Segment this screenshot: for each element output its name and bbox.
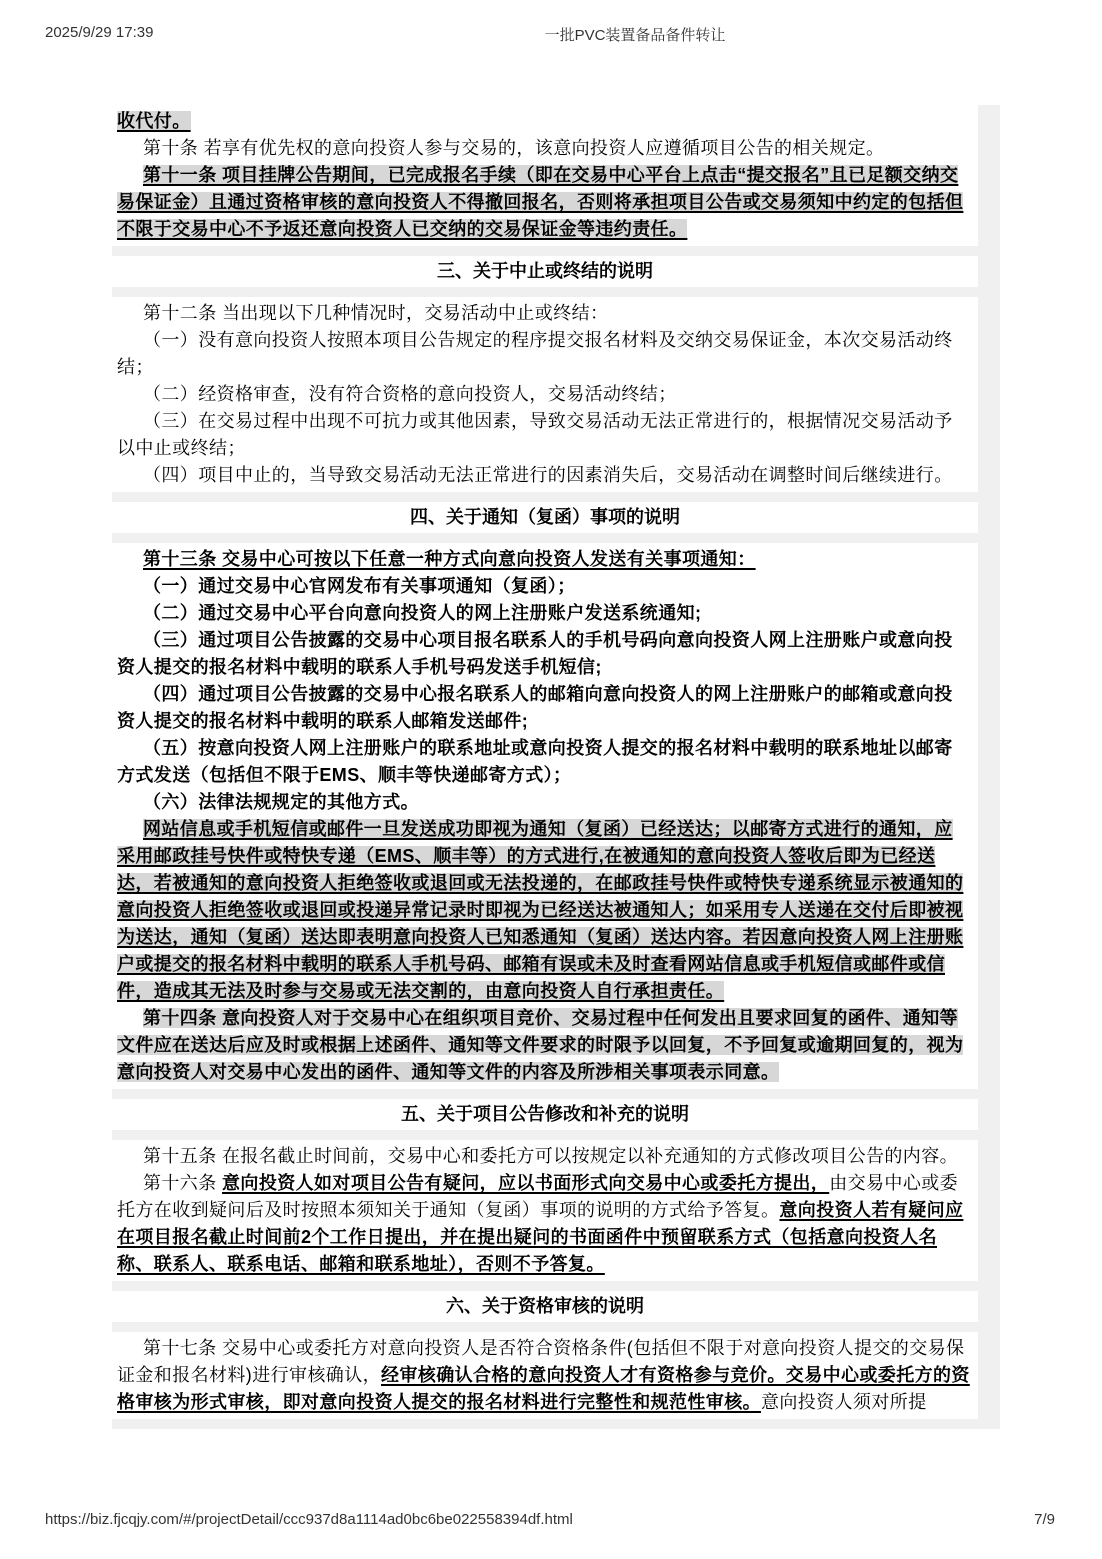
paragraph: 第十三条 交易中心可按以下任意一种方式向意向投资人发送有关事项通知： xyxy=(117,546,970,573)
paragraph: 网站信息或手机短信或邮件一旦发送成功即视为通知（复函）已经送达；以邮寄方式进行的… xyxy=(117,816,970,1005)
paragraph: （五）按意向投资人网上注册账户的联系地址或意向投资人提交的报名材料中载明的联系地… xyxy=(117,735,970,789)
text-block: 第十五条 在报名截止时间前，交易中心和委托方可以按规定以补充通知的方式修改项目公… xyxy=(112,1140,978,1281)
paragraph: （二）通过交易中心平台向意向投资人的网上注册账户发送系统通知; xyxy=(117,600,970,627)
paragraph: （二）经资格审查，没有符合资格的意向投资人，交易活动终结； xyxy=(117,381,970,408)
text-run: 第十六条 xyxy=(143,1173,222,1193)
paragraph: 第十一条 项目挂牌公告期间，已完成报名手续（即在交易中心平台上点击“提交报名”且… xyxy=(117,162,970,243)
section-heading: 五、关于项目公告修改和补充的说明 xyxy=(112,1099,978,1130)
paragraph: 第十六条 意向投资人如对项目公告有疑问，应以书面形式向交易中心或委托方提出，由交… xyxy=(117,1170,970,1278)
text-run: 第十条 若享有优先权的意向投资人参与交易的，该意向投资人应遵循项目公告的相关规定… xyxy=(143,138,884,158)
paragraph: （一）通过交易中心官网发布有关事项通知（复函）； xyxy=(117,573,970,600)
paragraph: （三）通过项目公告披露的交易中心项目报名联系人的手机号码向意向投资人网上注册账户… xyxy=(117,627,970,681)
text-run: 第十二条 当出现以下几种情况时，交易活动中止或终结： xyxy=(143,303,608,323)
text-run: （五）按意向投资人网上注册账户的联系地址或意向投资人提交的报名材料中载明的联系地… xyxy=(117,738,953,785)
text-run: （二）通过交易中心平台向意向投资人的网上注册账户发送系统通知; xyxy=(143,603,701,623)
paragraph: （一）没有意向投资人按照本项目公告规定的程序提交报名材料及交纳交易保证金，本次交… xyxy=(117,327,970,381)
paragraph: （四）项目中止的，当导致交易活动无法正常进行的因素消失后，交易活动在调整时间后继… xyxy=(117,462,970,489)
section-heading: 四、关于通知（复函）事项的说明 xyxy=(112,502,978,533)
text-block: 第十七条 交易中心或委托方对意向投资人是否符合资格条件(包括但不限于对意向投资人… xyxy=(112,1332,978,1419)
paragraph: （六）法律法规规定的其他方式。 xyxy=(117,789,970,816)
text-run: （二）经资格审查，没有符合资格的意向投资人，交易活动终结； xyxy=(143,384,677,404)
paragraph: （四）通过项目公告披露的交易中心报名联系人的邮箱向意向投资人的网上注册账户的邮箱… xyxy=(117,681,970,735)
text-run: 网站信息或手机短信或邮件一旦发送成功即视为通知（复函）已经送达；以邮寄方式进行的… xyxy=(117,819,963,1001)
text-run: （三）在交易过程中出现不可抗力或其他因素，导致交易活动无法正常进行的，根据情况交… xyxy=(117,411,953,458)
section-heading: 六、关于资格审核的说明 xyxy=(112,1291,978,1322)
paragraph: 收代付。 xyxy=(117,108,970,135)
text-block: 收代付。第十条 若享有优先权的意向投资人参与交易的，该意向投资人应遵循项目公告的… xyxy=(112,105,978,246)
text-block: 第十二条 当出现以下几种情况时，交易活动中止或终结：（一）没有意向投资人按照本项… xyxy=(112,297,978,492)
text-run: （三）通过项目公告披露的交易中心项目报名联系人的手机号码向意向投资人网上注册账户… xyxy=(117,630,953,677)
text-run: 第十三条 交易中心可按以下任意一种方式向意向投资人发送有关事项通知： xyxy=(143,549,756,569)
text-run: （六）法律法规规定的其他方式。 xyxy=(143,792,419,812)
paragraph: 第十七条 交易中心或委托方对意向投资人是否符合资格条件(包括但不限于对意向投资人… xyxy=(117,1335,970,1416)
paragraph: 第十二条 当出现以下几种情况时，交易活动中止或终结： xyxy=(117,300,970,327)
print-title: 一批PVC装置备品备件转让 xyxy=(545,24,726,45)
document-area: 收代付。第十条 若享有优先权的意向投资人参与交易的，该意向投资人应遵循项目公告的… xyxy=(112,105,1000,1429)
paragraph: 第十四条 意向投资人对于交易中心在组织项目竞价、交易过程中任何发出且要求回复的函… xyxy=(117,1005,970,1086)
text-run: 意向投资人须对所提 xyxy=(761,1392,927,1412)
paragraph: （三）在交易过程中出现不可抗力或其他因素，导致交易活动无法正常进行的，根据情况交… xyxy=(117,408,970,462)
paragraph: 第十五条 在报名截止时间前，交易中心和委托方可以按规定以补充通知的方式修改项目公… xyxy=(117,1143,970,1170)
footer-url: https://biz.fjcqjy.com/#/projectDetail/c… xyxy=(45,1511,573,1528)
text-run: 意向投资人如对项目公告有疑问，应以书面形式向交易中心或委托方提出， xyxy=(222,1173,829,1193)
section-heading: 三、关于中止或终结的说明 xyxy=(112,256,978,287)
text-run: 第十一条 项目挂牌公告期间，已完成报名手续（即在交易中心平台上点击“提交报名”且… xyxy=(117,165,963,239)
text-run: （一）没有意向投资人按照本项目公告规定的程序提交报名材料及交纳交易保证金，本次交… xyxy=(117,330,953,377)
paragraph: 第十条 若享有优先权的意向投资人参与交易的，该意向投资人应遵循项目公告的相关规定… xyxy=(117,135,970,162)
text-run: 收代付。 xyxy=(117,111,191,131)
text-run: （一）通过交易中心官网发布有关事项通知（复函）； xyxy=(143,576,576,596)
page-number: 7/9 xyxy=(1034,1511,1055,1528)
text-run: 第十五条 在报名截止时间前，交易中心和委托方可以按规定以补充通知的方式修改项目公… xyxy=(143,1146,958,1166)
text-run: 第十四条 意向投资人对于交易中心在组织项目竞价、交易过程中任何发出且要求回复的函… xyxy=(117,1008,963,1082)
text-block: 第十三条 交易中心可按以下任意一种方式向意向投资人发送有关事项通知： （一）通过… xyxy=(112,543,978,1089)
text-run: （四）通过项目公告披露的交易中心报名联系人的邮箱向意向投资人的网上注册账户的邮箱… xyxy=(117,684,953,731)
print-datetime: 2025/9/29 17:39 xyxy=(45,24,153,41)
text-run: （四）项目中止的，当导致交易活动无法正常进行的因素消失后，交易活动在调整时间后继… xyxy=(143,465,953,485)
